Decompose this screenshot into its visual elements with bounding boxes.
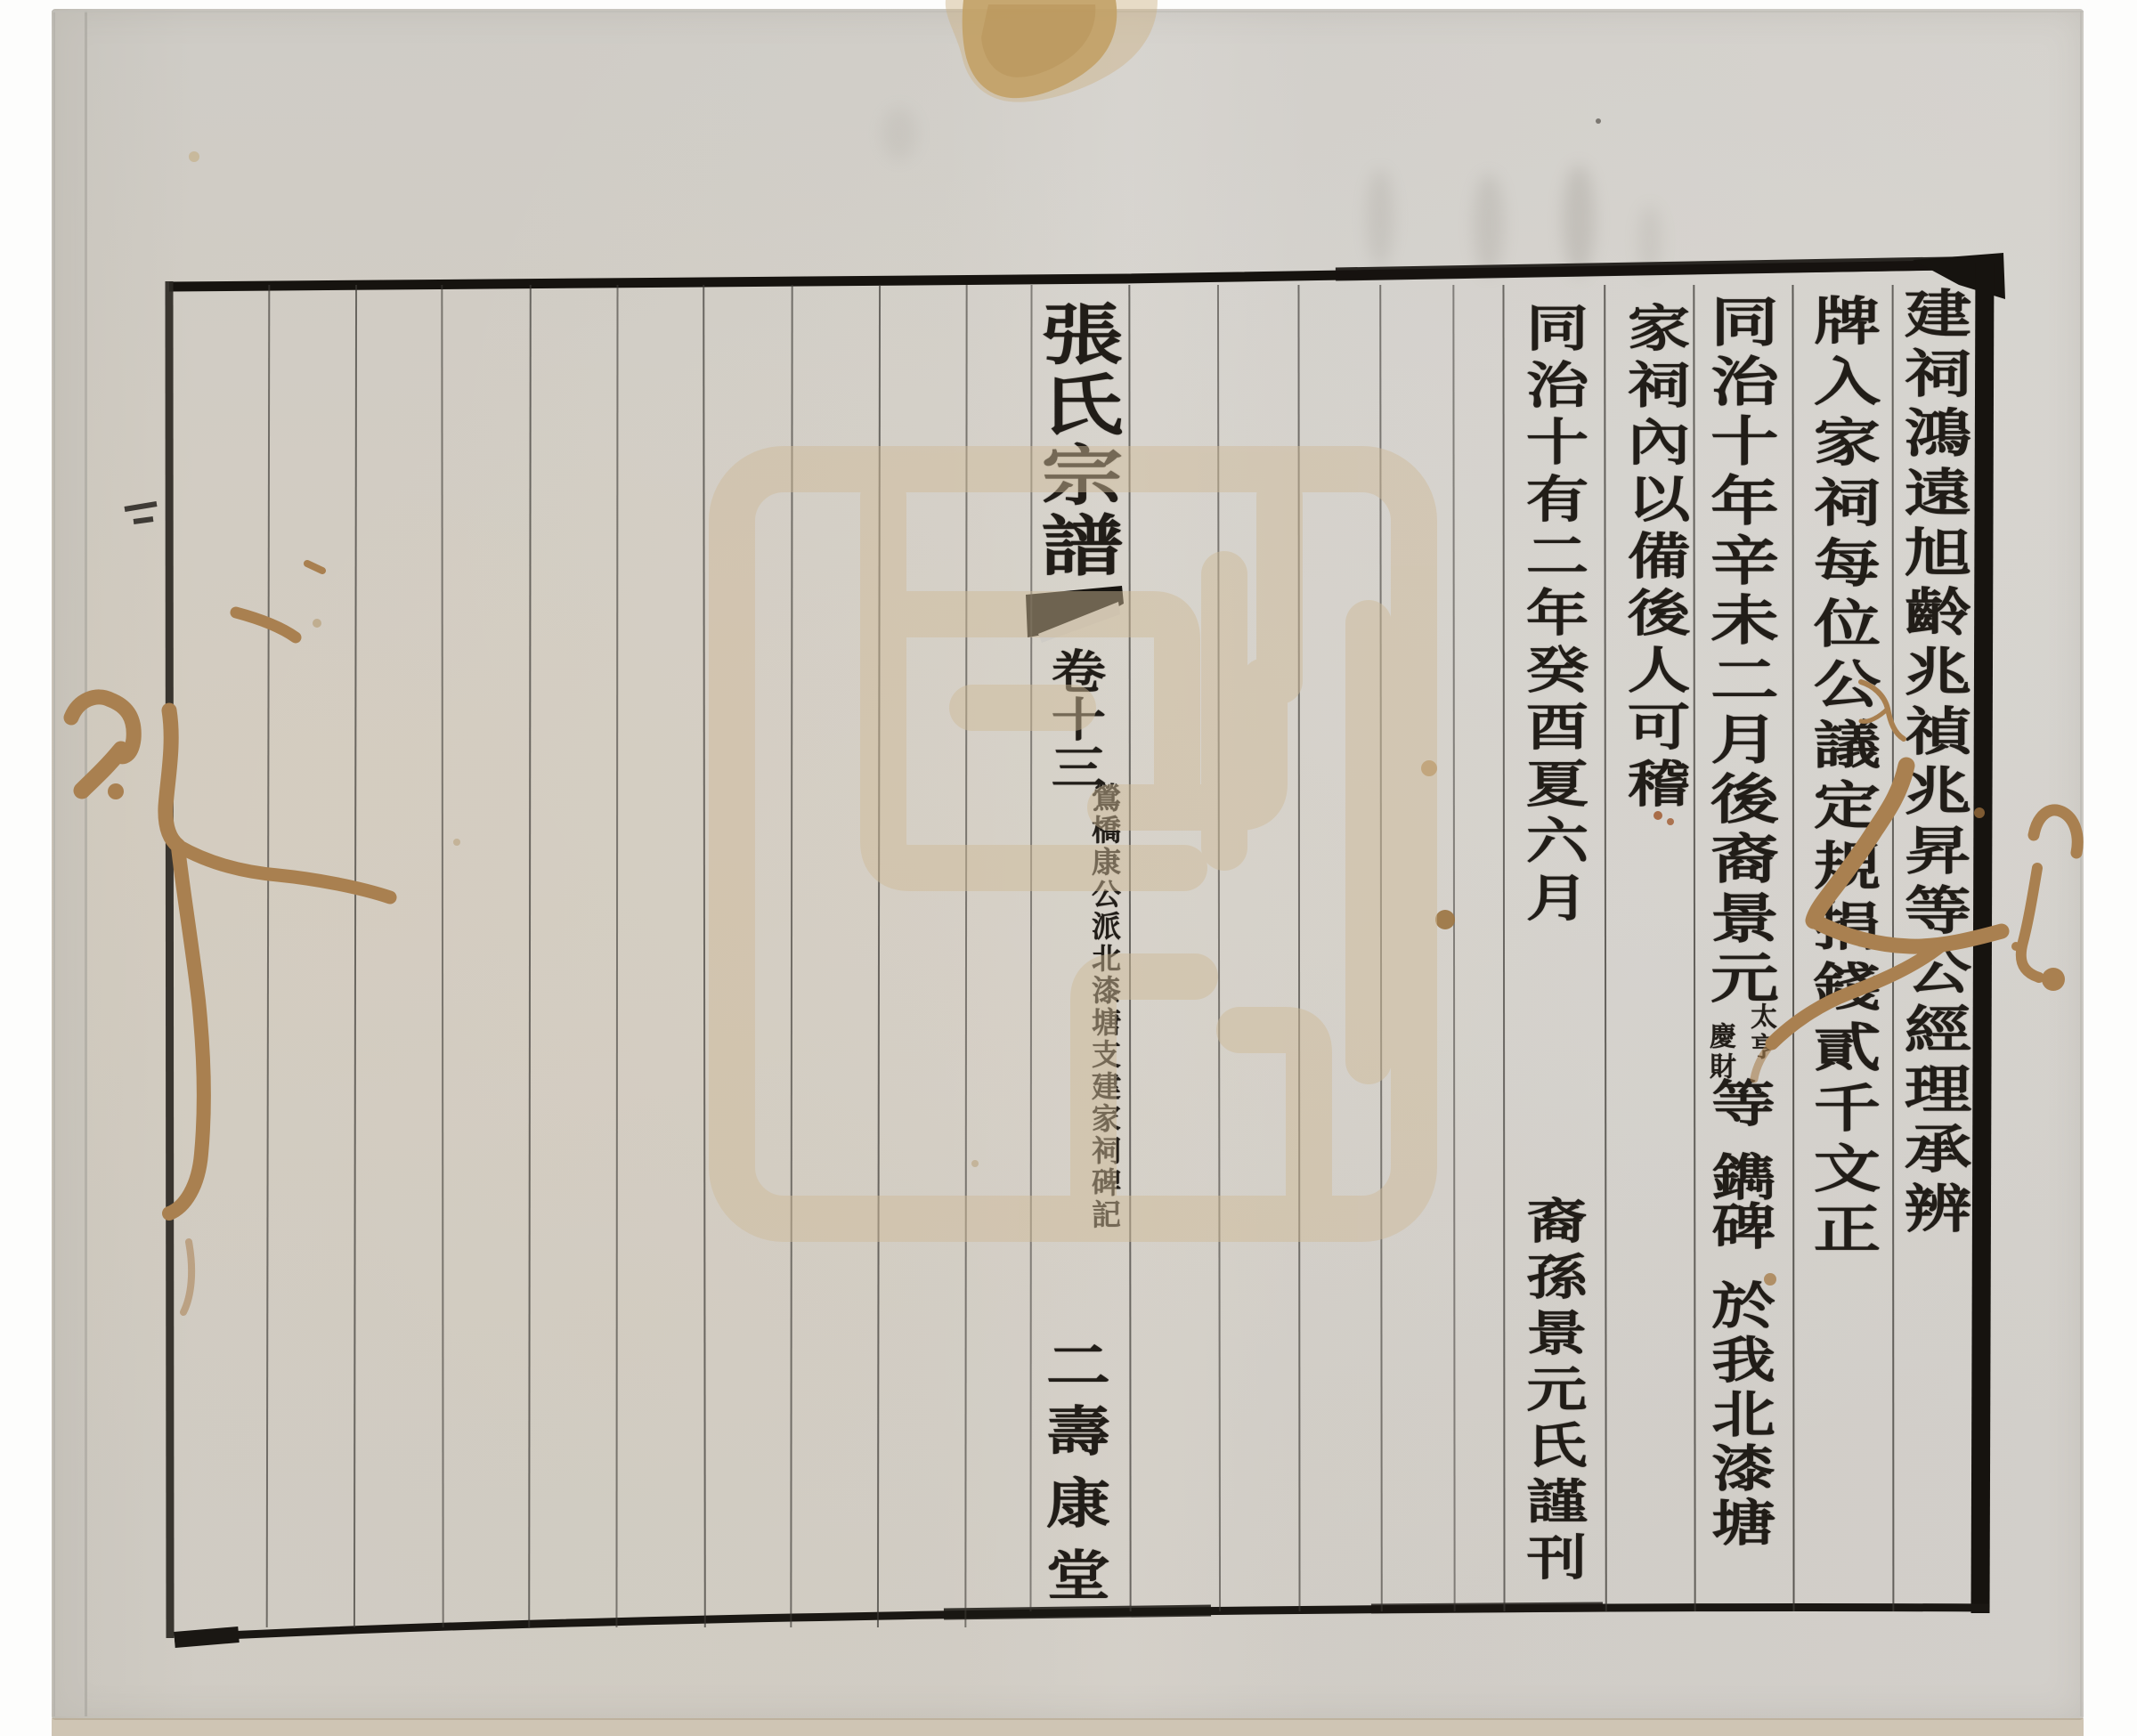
watermark-seal bbox=[732, 469, 1414, 1219]
brush-scrawl-left bbox=[71, 564, 390, 1312]
brush-scrawl-right bbox=[1754, 682, 2077, 1079]
marks-overlay bbox=[0, 0, 2137, 1736]
scanned-genealogy-page: 建祠鴻遠旭齡兆禎兆昇等公經理承辨 牌入家祠每位公議定規捐錢貳千文正 同治十年辛未… bbox=[0, 0, 2137, 1736]
